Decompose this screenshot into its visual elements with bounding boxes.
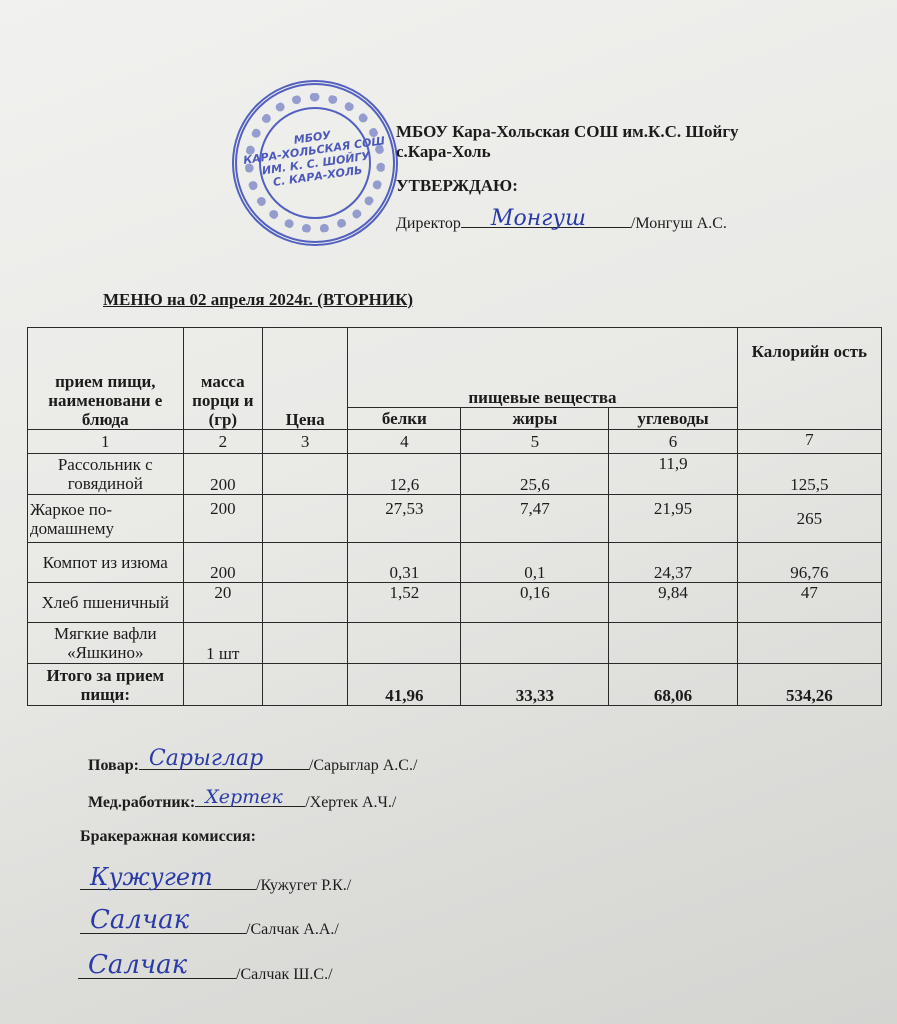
- table-row: Жаркое по-домашнему 200 27,53 7,47 21,95…: [28, 495, 882, 543]
- dish-proteins: 27,53: [348, 495, 461, 543]
- dish-mass: 200: [183, 454, 263, 495]
- table-row: Хлеб пшеничный 20 1,52 0,16 9,84 47: [28, 583, 882, 623]
- column-number: 2: [183, 430, 263, 454]
- commission-member-name: /Кужугет Р.К./: [256, 877, 351, 894]
- commission-signature-line: Кужугет/Кужугет Р.К./: [80, 873, 351, 895]
- dish-proteins: [348, 623, 461, 664]
- dish-mass: 200: [183, 543, 263, 583]
- column-number: 7: [737, 430, 881, 454]
- dish-price: [263, 495, 348, 543]
- dish-proteins: 12,6: [348, 454, 461, 495]
- total-row: Итого за прием пищи: 41,96 33,33 68,06 5…: [28, 664, 882, 706]
- header-fats: жиры: [461, 408, 609, 430]
- dish-calories: 125,5: [737, 454, 881, 495]
- commission-label: Бракеражная комиссия:: [80, 828, 256, 845]
- cook-label: Повар:: [88, 757, 139, 774]
- dish-calories: 96,76: [737, 543, 881, 583]
- dish-name: Жаркое по-домашнему: [28, 495, 184, 543]
- commission-member-name: /Салчак А.А./: [246, 921, 339, 938]
- dish-price: [263, 543, 348, 583]
- dish-fats: 0,16: [461, 583, 609, 623]
- approve-heading: УТВЕРЖДАЮ:: [396, 176, 518, 196]
- commission-signature-line: Салчак/Салчак Ш.С./: [78, 962, 333, 984]
- menu-table: прием пищи, наименовани е блюда масса по…: [27, 327, 882, 706]
- dish-name: Компот из изюма: [28, 543, 184, 583]
- total-calories: 534,26: [737, 664, 881, 706]
- organization-header: МБОУ Кара-Хольская СОШ им.К.С. Шойгу с.К…: [396, 122, 739, 162]
- handwritten-signature: Кужугет: [90, 863, 213, 891]
- header-mass: масса порци и (гр): [183, 328, 263, 430]
- total-mass: [183, 664, 263, 706]
- table-row: Рассольник с говядиной 200 12,6 25,6 11,…: [28, 454, 882, 495]
- handwritten-signature: Салчак: [90, 905, 189, 935]
- total-carbs: 68,06: [609, 664, 737, 706]
- handwritten-signature: Салчак: [88, 950, 187, 980]
- header-proteins: белки: [348, 408, 461, 430]
- dish-mass: 1 шт: [183, 623, 263, 664]
- dish-name: Рассольник с говядиной: [28, 454, 184, 495]
- dish-mass: 20: [183, 583, 263, 623]
- handwritten-signature: Монгуш: [491, 206, 586, 231]
- commission-signature-line: Салчак/Салчак А.А./: [80, 917, 339, 939]
- med-signature-line: Мед.работник:Хертек/Хертек А.Ч./: [88, 790, 396, 812]
- dish-price: [263, 623, 348, 664]
- dish-carbs: [609, 623, 737, 664]
- total-label: Итого за прием пищи:: [28, 664, 184, 706]
- header-calories: Калорийн ость: [737, 328, 881, 430]
- header-price: Цена: [263, 328, 348, 430]
- cook-name: /Сарыглар А.С./: [309, 757, 417, 774]
- dish-price: [263, 454, 348, 495]
- dish-proteins: 1,52: [348, 583, 461, 623]
- dish-fats: 0,1: [461, 543, 609, 583]
- director-signature-line: ДиректорМонгуш/Монгуш А.С.: [396, 213, 727, 233]
- med-name: /Хертек А.Ч./: [305, 794, 396, 811]
- header-carbs: углеводы: [609, 408, 737, 430]
- dish-proteins: 0,31: [348, 543, 461, 583]
- dish-name: Хлеб пшеничный: [28, 583, 184, 623]
- official-stamp: МБОУ КАРА-ХОЛЬСКАЯ СОШ ИМ. К. С. ШОЙГУ С…: [232, 80, 398, 246]
- dish-calories: 265: [737, 495, 881, 543]
- dish-carbs: 21,95: [609, 495, 737, 543]
- signature-line: Монгуш: [461, 213, 631, 228]
- dish-fats: [461, 623, 609, 664]
- dish-calories: 47: [737, 583, 881, 623]
- header-nutrients: пищевые вещества: [348, 328, 737, 408]
- total-price: [263, 664, 348, 706]
- dish-carbs: 9,84: [609, 583, 737, 623]
- cook-signature-line: Повар:Сарыглар/Сарыглар А.С./: [88, 753, 417, 775]
- dish-calories: [737, 623, 881, 664]
- organization-location: с.Кара-Холь: [396, 142, 739, 162]
- dish-carbs: 11,9: [609, 454, 737, 495]
- dish-fats: 25,6: [461, 454, 609, 495]
- menu-title: МЕНЮ на 02 апреля 2024г. (ВТОРНИК): [103, 290, 413, 310]
- handwritten-signature: Сарыглар: [149, 746, 263, 771]
- column-number: 6: [609, 430, 737, 454]
- signature-line: Сарыглар: [139, 753, 309, 770]
- column-number: 5: [461, 430, 609, 454]
- handwritten-signature: Хертек: [205, 786, 283, 808]
- director-label: Директор: [396, 215, 461, 232]
- organization-name: МБОУ Кара-Хольская СОШ им.К.С. Шойгу: [396, 122, 739, 142]
- dish-name: Мягкие вафли «Яшкино»: [28, 623, 184, 664]
- signature-line: Салчак: [78, 962, 236, 979]
- column-number: 1: [28, 430, 184, 454]
- column-number: 4: [348, 430, 461, 454]
- column-number: 3: [263, 430, 348, 454]
- signature-line: Кужугет: [80, 873, 256, 890]
- signature-line: Салчак: [80, 917, 246, 934]
- table-row: Мягкие вафли «Яшкино» 1 шт: [28, 623, 882, 664]
- dish-fats: 7,47: [461, 495, 609, 543]
- signature-line: Хертек: [195, 790, 305, 807]
- header-dish: прием пищи, наименовани е блюда: [28, 328, 184, 430]
- total-fats: 33,33: [461, 664, 609, 706]
- table-row: Компот из изюма 200 0,31 0,1 24,37 96,76: [28, 543, 882, 583]
- director-name: /Монгуш А.С.: [631, 215, 727, 232]
- dish-price: [263, 583, 348, 623]
- column-number-row: 1 2 3 4 5 6 7: [28, 430, 882, 454]
- dish-carbs: 24,37: [609, 543, 737, 583]
- dish-mass: 200: [183, 495, 263, 543]
- total-proteins: 41,96: [348, 664, 461, 706]
- commission-member-name: /Салчак Ш.С./: [236, 966, 333, 983]
- commission-heading: Бракеражная комиссия:: [80, 828, 256, 846]
- med-label: Мед.работник:: [88, 794, 195, 811]
